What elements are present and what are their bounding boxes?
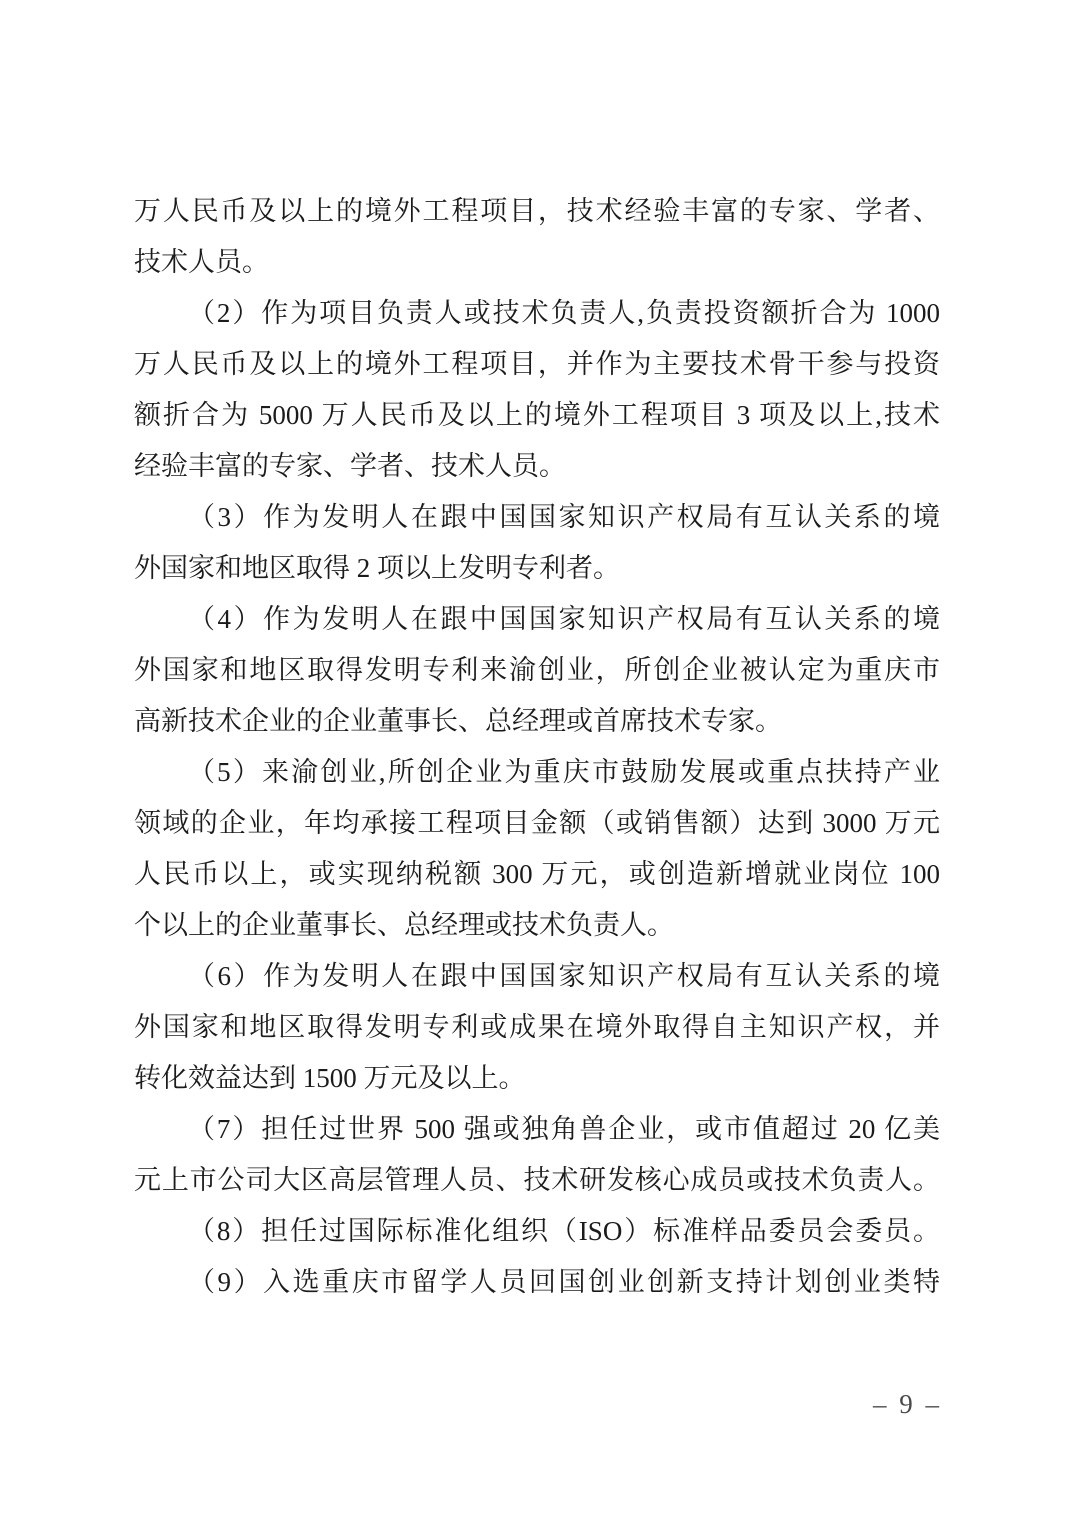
text-line: 外国家和地区取得发明专利或成果在境外取得自主知识产权，并: [134, 1002, 940, 1053]
text-line: 人民币以上，或实现纳税额 300 万元，或创造新增就业岗位 100: [134, 849, 940, 900]
text-line: （5）来渝创业,所创企业为重庆市鼓励发展或重点扶持产业: [134, 747, 940, 798]
text-line: 外国家和地区取得 2 项以上发明专利者。: [134, 543, 940, 594]
text-line: 转化效益达到 1500 万元及以上。: [134, 1053, 940, 1104]
text-line: （4）作为发明人在跟中国国家知识产权局有互认关系的境: [134, 594, 940, 645]
text-line: （7）担任过世界 500 强或独角兽企业，或市值超过 20 亿美: [134, 1104, 940, 1155]
document-page: 万人民币及以上的境外工程项目，技术经验丰富的专家、学者、技术人员。（2）作为项目…: [0, 0, 1074, 1520]
text-line: （9）入选重庆市留学人员回国创业创新支持计划创业类特: [134, 1257, 940, 1308]
page-number: – 9 –: [873, 1386, 942, 1422]
text-line: 万人民币及以上的境外工程项目，并作为主要技术骨干参与投资: [134, 339, 940, 390]
text-line: 元上市公司大区高层管理人员、技术研发核心成员或技术负责人。: [134, 1155, 940, 1206]
text-line: 万人民币及以上的境外工程项目，技术经验丰富的专家、学者、: [134, 186, 940, 237]
text-line: 额折合为 5000 万人民币及以上的境外工程项目 3 项及以上,技术: [134, 390, 940, 441]
text-line: 个以上的企业董事长、总经理或技术负责人。: [134, 900, 940, 951]
text-line: （6）作为发明人在跟中国国家知识产权局有互认关系的境: [134, 951, 940, 1002]
text-line: 高新技术企业的企业董事长、总经理或首席技术专家。: [134, 696, 940, 747]
text-line: （3）作为发明人在跟中国国家知识产权局有互认关系的境: [134, 492, 940, 543]
text-line: 经验丰富的专家、学者、技术人员。: [134, 441, 940, 492]
text-line: 领域的企业，年均承接工程项目金额（或销售额）达到 3000 万元: [134, 798, 940, 849]
text-line: （8）担任过国际标准化组织（ISO）标准样品委员会委员。: [134, 1206, 940, 1257]
text-line: （2）作为项目负责人或技术负责人,负责投资额折合为 1000: [134, 288, 940, 339]
text-block: 万人民币及以上的境外工程项目，技术经验丰富的专家、学者、技术人员。（2）作为项目…: [134, 186, 940, 1308]
text-line: 技术人员。: [134, 237, 940, 288]
text-line: 外国家和地区取得发明专利来渝创业，所创企业被认定为重庆市: [134, 645, 940, 696]
